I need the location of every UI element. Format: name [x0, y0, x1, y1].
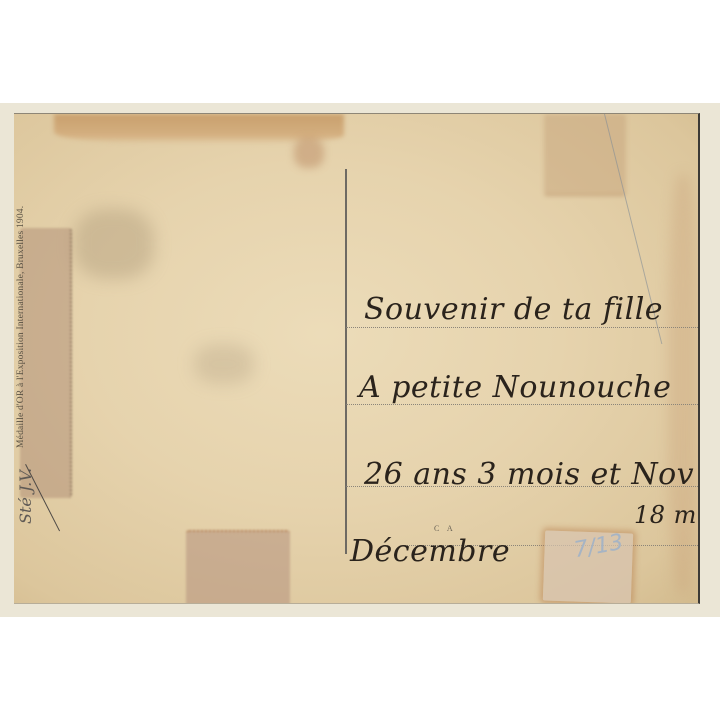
handwriting-line-2: A petite Nounouche: [359, 370, 671, 405]
stamp-residue-left: [20, 228, 72, 498]
address-line: [346, 327, 700, 328]
center-divider: [345, 169, 347, 554]
stain-blob: [194, 344, 254, 384]
handwriting-line-4: 18 m: [634, 501, 697, 529]
stain-spot: [294, 138, 324, 168]
stain-blob: [74, 209, 154, 279]
handwriting-line-5: Décembre: [350, 534, 510, 569]
publisher-imprint: Médaille d'OR à l'Exposition Internation…: [16, 206, 26, 448]
handwriting-line-1: Souvenir de ta fille: [364, 292, 663, 327]
stamp-residue-bottom: [186, 530, 290, 604]
postcard-back: Médaille d'OR à l'Exposition Internation…: [14, 113, 700, 604]
printed-ca-mark: C A: [434, 524, 456, 533]
handwriting-line-3: 26 ans 3 mois et Nov: [364, 457, 694, 492]
